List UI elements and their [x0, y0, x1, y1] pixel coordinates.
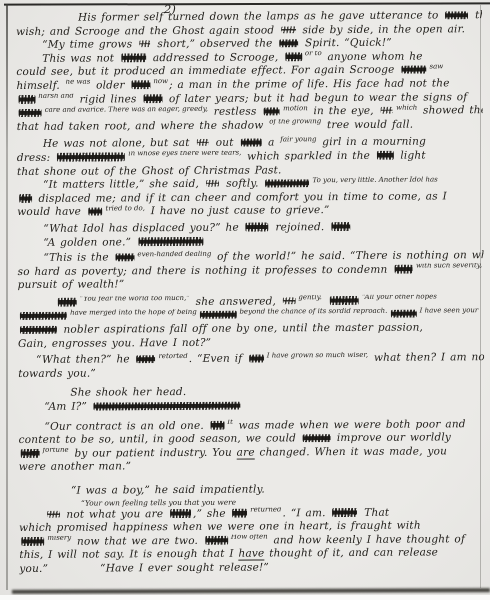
- heavy-scribble-deletion: [233, 509, 248, 518]
- handwritten-text: would have: [17, 206, 86, 218]
- heavy-scribble-deletion: [116, 253, 135, 262]
- handwritten-text: was made when we were both poor and: [234, 418, 466, 431]
- handwritten-text: girl in a mourning: [318, 136, 427, 149]
- heavy-scribble-deletion: [279, 39, 298, 48]
- interlinear-insertion: fortune: [43, 446, 69, 454]
- handwritten-text: softly.: [221, 178, 263, 190]
- handwritten-text: dress:: [17, 152, 55, 164]
- interlinear-insertion: To you, very little. Another Idol has: [312, 176, 437, 184]
- heavy-scribble-deletion: [390, 310, 416, 319]
- interlinear-insertion: motion: [283, 104, 308, 112]
- manuscript-line: you.”“Have I ever sought release!”: [19, 560, 485, 576]
- handwritten-text: . “I am.: [282, 507, 330, 519]
- handwritten-text: towards you.”: [18, 367, 96, 379]
- heavy-scribble-deletion: [331, 222, 350, 231]
- handwritten-text: “What then?” he: [36, 354, 135, 367]
- manuscript-line: pursuit of wealth!”: [18, 276, 484, 292]
- interlinear-insertion: with such severity,: [416, 263, 482, 270]
- heavy-scribble-deletion: [394, 265, 413, 274]
- interlinear-insertion: or to: [305, 50, 322, 58]
- handwritten-text: which promised happiness when we were on…: [19, 520, 421, 534]
- handwritten-text: were another man.”: [19, 461, 131, 474]
- heavy-scribble-deletion: [19, 109, 42, 118]
- heavy-scribble-deletion: [265, 179, 309, 188]
- interlinear-insertion: care and avarice. There was an eager, gr…: [45, 104, 208, 113]
- interlinear-insertion: tried to do,: [105, 204, 144, 212]
- heavy-scribble-deletion: [88, 207, 103, 216]
- interlinear-insertion: which: [396, 104, 417, 111]
- handwritten-text: displaced me; and if it can cheer and co…: [34, 190, 447, 205]
- handwritten-text: what then? I am not changed: [369, 351, 484, 364]
- heavy-scribble-deletion: [211, 421, 225, 430]
- handwritten-text: “Am I?”: [44, 401, 91, 413]
- interlinear-insertion: have merged into the hope of being: [70, 308, 197, 317]
- heavy-scribble-deletion: [303, 434, 330, 443]
- heavy-scribble-deletion: [19, 194, 32, 203]
- scribble-deletion: [47, 510, 60, 517]
- manuscript-line: would have tried to do, I have no just c…: [17, 203, 483, 219]
- manuscript-line: “Am I?”: [44, 398, 484, 414]
- handwritten-text: He was not alone, but sat: [43, 137, 195, 150]
- heavy-scribble-deletion: [20, 325, 57, 334]
- interlinear-insertion: returned: [250, 506, 281, 514]
- interlinear-insertion: I have seen your: [420, 308, 479, 315]
- interlinear-insertion: misery: [47, 534, 71, 542]
- handwritten-text: content to be so, until, in good season,…: [19, 432, 301, 446]
- interlinear-insertion: gently.: [298, 294, 321, 302]
- interlinear-insertion: harsh and: [38, 92, 74, 100]
- heavy-scribble-deletion: [285, 53, 302, 62]
- heavy-scribble-deletion: [200, 311, 237, 320]
- underlined-word: have: [238, 548, 264, 561]
- handwritten-text: in the eye,: [309, 105, 379, 117]
- handwritten-text: “Our contract is an old one.: [44, 419, 208, 432]
- heavy-scribble-deletion: [94, 401, 241, 410]
- handwritten-text: Spirit. “Quick!”: [300, 37, 392, 50]
- heavy-scribble-deletion: [377, 151, 394, 160]
- interlinear-insertion: even-handed dealing: [137, 249, 211, 257]
- interlinear-insertion: fair young: [280, 135, 316, 143]
- handwritten-text: this, I will not say. It is enough that …: [19, 548, 238, 561]
- handwritten-text: that had taken root, and where the shado…: [17, 119, 269, 133]
- interlinear-insertion: “All your other hopes: [362, 294, 437, 301]
- handwritten-text: rejoined.: [271, 221, 330, 233]
- handwritten-text: anyone whom he: [323, 50, 423, 63]
- handwritten-text: addressed to Scrooge,: [148, 51, 283, 64]
- interlinear-insertion: saw: [429, 64, 443, 71]
- handwritten-text: by our patient industry. You: [70, 446, 237, 459]
- handwritten-text: restless: [209, 106, 261, 118]
- handwritten-text: light: [396, 149, 426, 161]
- handwritten-text: “Have I ever sought release!”: [100, 561, 269, 574]
- heavy-scribble-deletion: [121, 53, 146, 62]
- scribble-deletion: [281, 26, 296, 33]
- handwritten-text: you.”: [19, 563, 48, 575]
- handwritten-text: not what you are: [62, 508, 168, 521]
- handwritten-text: “Your own feeling tells you that you wer…: [81, 497, 236, 507]
- heavy-scribble-deletion: [401, 65, 426, 74]
- handwritten-text: which sparkled in the: [242, 150, 374, 163]
- heavy-scribble-deletion: [21, 537, 44, 546]
- handwritten-text: “What Idol has displaced you?” he: [43, 222, 243, 235]
- handwritten-text: out: [211, 137, 238, 149]
- heavy-scribble-deletion: [19, 95, 36, 104]
- handwritten-text: improve our worldly: [332, 432, 451, 445]
- heavy-scribble-deletion: [249, 354, 264, 363]
- handwritten-text: she answered,: [191, 295, 281, 308]
- page-edge-bottom-shadow: [12, 588, 490, 594]
- handwritten-text: tree would fall.: [322, 118, 413, 131]
- scribble-deletion: [283, 297, 296, 304]
- handwritten-text: [323, 295, 328, 307]
- interlinear-insertion: “You fear the world too much,”: [80, 294, 190, 303]
- interlinear-insertion: in whose eyes there were tears,: [128, 149, 241, 158]
- scanned-page: 2) His former self turned down the lamps…: [0, 0, 490, 600]
- interlinear-insertion: now: [153, 78, 168, 86]
- heavy-scribble-deletion: [131, 81, 150, 90]
- handwritten-text: that shone out of the Ghost of Christmas…: [17, 164, 282, 178]
- page-edge-left: [6, 4, 8, 590]
- interlinear-insertion: I have grown so much wiser,: [267, 351, 368, 359]
- interlinear-insertion: beyond the chance of its sordid reproach…: [239, 308, 387, 316]
- handwritten-text: side by side, in the open air.: [298, 23, 466, 36]
- heavy-scribble-deletion: [445, 11, 468, 20]
- handwritten-text: so hard as poverty; and there is nothing…: [18, 263, 393, 277]
- scribble-deletion: [206, 180, 220, 187]
- handwritten-text: older: [91, 79, 129, 91]
- heavy-scribble-deletion: [330, 296, 359, 305]
- manuscript-text: His former self turned down the lamps as…: [16, 9, 485, 576]
- heavy-scribble-deletion: [332, 508, 357, 517]
- handwritten-text: thought of it, and can release: [264, 547, 438, 560]
- handwritten-text: and how keenly I have thought of: [269, 533, 465, 546]
- interlinear-insertion: retorted: [158, 352, 187, 360]
- handwritten-text: . “Even if: [189, 353, 247, 365]
- handwritten-text: changed. When it was made, you: [255, 445, 447, 458]
- handwritten-text: “I was a boy,” he said impatiently.: [71, 483, 265, 496]
- manuscript-line: “A golden one.”: [43, 234, 483, 250]
- interlinear-insertion: How often: [231, 533, 268, 541]
- handwritten-text: Gain, engrosses you. Have I not?”: [18, 336, 211, 349]
- heavy-scribble-deletion: [57, 153, 125, 162]
- handwritten-text: of later years; but it had begun to wear…: [164, 91, 467, 105]
- handwritten-text: showed the passion: [418, 104, 482, 116]
- heavy-scribble-deletion: [143, 94, 162, 103]
- handwritten-text: ,” she: [193, 507, 231, 519]
- handwritten-text: short,” observed the: [153, 38, 278, 51]
- heavy-scribble-deletion: [246, 223, 269, 232]
- heavy-scribble-deletion: [20, 312, 67, 321]
- heavy-scribble-deletion: [21, 449, 40, 458]
- handwritten-text: That: [360, 506, 390, 518]
- handwritten-text: himself.: [16, 80, 64, 92]
- scribble-deletion: [380, 107, 393, 114]
- scribble-deletion: [139, 40, 151, 47]
- page-margin-bottom: [0, 595, 490, 600]
- manuscript-line: Gain, engrosses you. Have I not?”: [18, 335, 484, 351]
- heavy-scribble-deletion: [138, 237, 203, 246]
- handwritten-text: She shook her head.: [70, 386, 186, 399]
- handwritten-text: could see, but it produced an immediate …: [16, 64, 399, 78]
- handwritten-text: pursuit of wealth!”: [18, 279, 125, 292]
- heavy-scribble-deletion: [263, 107, 280, 116]
- handwritten-text: “A golden one.”: [43, 236, 136, 249]
- handwritten-text: This was not: [42, 52, 119, 64]
- heavy-scribble-deletion: [240, 138, 261, 147]
- handwritten-text: wish; and Scrooge and the Ghost again st…: [16, 24, 279, 38]
- handwritten-text: nobler aspirations fall off one by one, …: [59, 322, 423, 336]
- handwritten-text: a: [263, 137, 279, 149]
- handwritten-text: “It matters little,” she said,: [43, 178, 204, 191]
- handwritten-text: the: [470, 9, 482, 21]
- scribble-deletion: [196, 139, 209, 146]
- page-border-top: [4, 2, 490, 5]
- heavy-scribble-deletion: [170, 509, 191, 518]
- handwritten-text: now that we are two.: [72, 535, 203, 548]
- manuscript-line: towards you.”: [18, 365, 484, 381]
- handwritten-text: “This is the: [43, 252, 113, 264]
- handwritten-text: ; a man in the prime of life. His face h…: [169, 77, 450, 91]
- handwritten-text: as the: [483, 263, 484, 275]
- heavy-scribble-deletion: [137, 355, 156, 364]
- handwritten-text: I have no just cause to grieve.”: [146, 204, 330, 217]
- interlinear-insertion: of the growing: [269, 118, 321, 126]
- handwritten-text: of the world!” he said. “There is nothin…: [212, 249, 483, 263]
- interlinear-insertion: It: [227, 418, 233, 426]
- manuscript-line: that had taken root, and where the shado…: [17, 118, 483, 134]
- heavy-scribble-deletion: [58, 298, 77, 307]
- underlined-word: are: [237, 446, 255, 459]
- interlinear-insertion: he was: [66, 78, 91, 86]
- handwritten-text: “My time grows: [42, 38, 137, 51]
- manuscript-line: were another man.”: [19, 459, 485, 475]
- handwritten-text: His former self turned down the lamps as…: [78, 9, 443, 23]
- handwritten-text: rigid lines: [75, 93, 142, 105]
- heavy-scribble-deletion: [205, 536, 228, 545]
